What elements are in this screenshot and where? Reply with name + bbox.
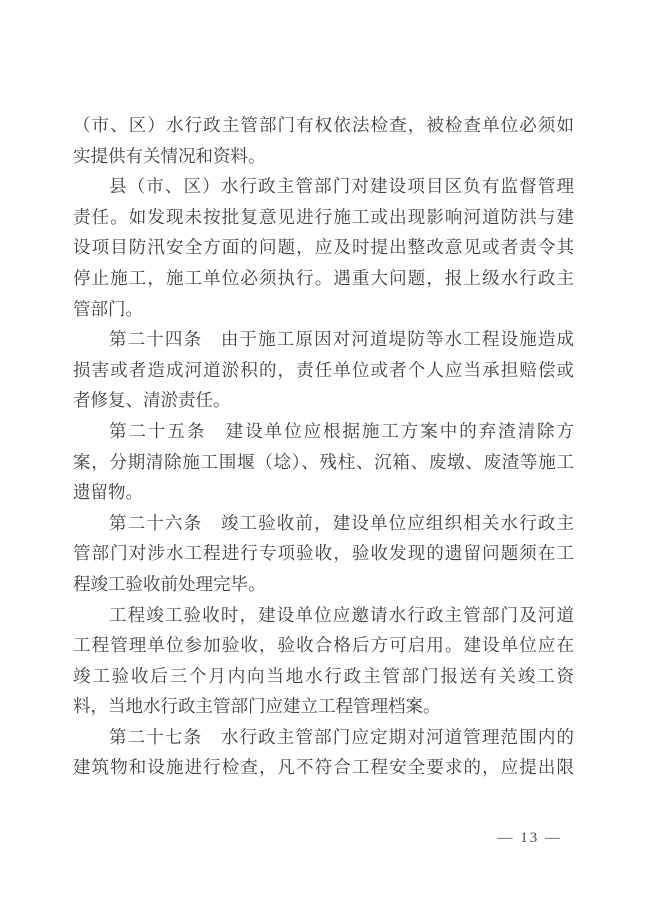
text-line: 损害或者造成河道淤积的，责任单位或者个人应当承担赔偿或 xyxy=(73,355,574,386)
text-line: 县（市、区）水行政主管部门对建设项目区负有监督管理 xyxy=(73,171,574,202)
text-line: 遗留物。 xyxy=(73,477,574,508)
text-line: 停止施工，施工单位必须执行。遇重大问题，报上级水行政主 xyxy=(73,263,574,294)
text-line: 管部门。 xyxy=(73,294,574,325)
page-number: — 13 — xyxy=(498,830,563,847)
text-block: （市、区）水行政主管部门有权依法检查，被检查单位必须如 实提供有关情况和资料。 … xyxy=(73,110,574,783)
text-line: 第二十四条 由于施工原因对河道堤防等水工程设施造成 xyxy=(73,324,574,355)
text-line: 第二十五条 建设单位应根据施工方案中的弃渣清除方 xyxy=(73,416,574,447)
text-line: （市、区）水行政主管部门有权依法检查，被检查单位必须如 xyxy=(73,110,574,141)
text-line: 料，当地水行政主管部门应建立工程管理档案。 xyxy=(73,691,574,722)
text-line: 管部门对涉水工程进行专项验收，验收发现的遗留问题须在工 xyxy=(73,538,574,569)
text-line: 责任。如发现未按批复意见进行施工或出现影响河道防洪与建 xyxy=(73,202,574,233)
text-line: 程竣工验收前处理完毕。 xyxy=(73,569,574,600)
text-line: 案，分期清除施工围堰（埝）、残柱、沉箱、废墩、废渣等施工 xyxy=(73,447,574,478)
text-line: 工程竣工验收时，建设单位应邀请水行政主管部门及河道 xyxy=(73,600,574,631)
text-line: 实提供有关情况和资料。 xyxy=(73,141,574,172)
text-line: 建筑物和设施进行检查，凡不符合工程安全要求的，应提出限 xyxy=(73,752,574,783)
text-line: 者修复、清淤责任。 xyxy=(73,385,574,416)
text-line: 竣工验收后三个月内向当地水行政主管部门报送有关竣工资 xyxy=(73,661,574,692)
text-line: 设项目防汛安全方面的问题，应及时提出整改意见或者责令其 xyxy=(73,232,574,263)
text-line: 工程管理单位参加验收，验收合格后方可启用。建设单位应在 xyxy=(73,630,574,661)
text-line: 第二十六条 竣工验收前，建设单位应组织相关水行政主 xyxy=(73,508,574,539)
text-line: 第二十七条 水行政主管部门应定期对河道管理范围内的 xyxy=(73,722,574,753)
document-page: （市、区）水行政主管部门有权依法检查，被检查单位必须如 实提供有关情况和资料。 … xyxy=(0,0,650,918)
